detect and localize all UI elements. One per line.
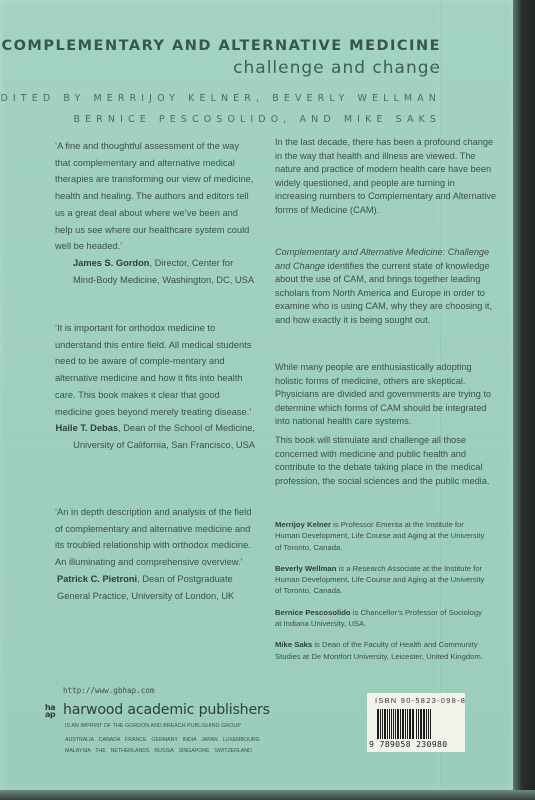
quote-attribution: James S. Gordon, Director, Center for Mi… (55, 255, 255, 288)
publisher-name: harwood academic publishers (63, 702, 270, 718)
editor-name: Merrijoy Kelner (275, 520, 331, 529)
publisher-url[interactable]: http://www.gbhap.com (63, 686, 154, 695)
quote-text: ‘An in depth description and analysis of… (55, 504, 260, 571)
publisher-countries-1: AUSTRALIA CANADA FRANCE GERMANY INDIA JA… (65, 737, 260, 743)
editor-bio: Bernice Pescosolido is Chancellor’s Prof… (275, 607, 490, 630)
description-paragraph: In the last decade, there has been a pro… (275, 136, 497, 218)
book-subtitle: challenge and change (233, 58, 441, 78)
endorsement-quote: ‘A fine and thoughtful assessment of the… (55, 138, 255, 288)
endorsement-quote: ‘It is important for orthodox medicine t… (55, 320, 255, 454)
book-spine-edge (513, 0, 535, 800)
editor-bio: Mike Saks is Dean of the Faculty of Heal… (275, 639, 490, 662)
editor-name: Bernice Pescosolido (275, 608, 351, 617)
quote-attribution: Patrick C. Pietroni, Dean of Postgraduat… (55, 571, 260, 604)
publisher-imprint: IS AN IMPRINT OF THE GORDON AND BREACH P… (65, 723, 241, 729)
description-paragraph: While many people are enthusiastically a… (275, 361, 497, 429)
quote-author: Haile T. Debas (56, 423, 119, 433)
quote-text: ‘A fine and thoughtful assessment of the… (55, 138, 255, 255)
isbn-barcode: ISBN 90-5823-098-8 9 789058 230980 (367, 693, 465, 752)
description-paragraph: This book will stimulate and challenge a… (275, 434, 497, 488)
publisher-countries-2: MALAYSIA THE NETHERLANDS RUSSIA SINGAPOR… (65, 748, 252, 754)
quote-attribution: Haile T. Debas, Dean of the School of Me… (55, 420, 255, 453)
editor-bio: Beverly Wellman is a Research Associate … (275, 563, 490, 597)
isbn-number: ISBN 90-5823-098-8 (375, 696, 466, 705)
ean-number: 9 789058 230980 (369, 739, 449, 749)
quote-text: ‘It is important for orthodox medicine t… (55, 320, 255, 420)
editors-line-2: BERNICE PESCOSOLIDO, AND MIKE SAKS (73, 114, 441, 125)
editors-line-1: EDITED BY MERRIJOY KELNER, BEVERLY WELLM… (0, 93, 441, 104)
barcode-icon (377, 709, 461, 741)
book-bottom-edge (0, 790, 535, 800)
quote-author: James S. Gordon (73, 258, 149, 268)
editor-bios: Merrijoy Kelner is Professor Emerita at … (275, 519, 490, 672)
quote-author: Patrick C. Pietroni (57, 574, 137, 584)
publisher-logo-icon: ha ap (45, 704, 59, 720)
editor-bio: Merrijoy Kelner is Professor Emerita at … (275, 519, 490, 553)
book-title: COMPLEMENTARY AND ALTERNATIVE MEDICINE (1, 38, 441, 54)
logo-bottom: ap (45, 711, 59, 718)
description-paragraph: Complementary and Alternative Medicine: … (275, 246, 497, 328)
editor-name: Beverly Wellman (275, 564, 336, 573)
endorsement-quote: ‘An in depth description and analysis of… (55, 504, 260, 604)
editor-name: Mike Saks (275, 640, 312, 649)
book-back-cover: COMPLEMENTARY AND ALTERNATIVE MEDICINE c… (0, 0, 515, 790)
